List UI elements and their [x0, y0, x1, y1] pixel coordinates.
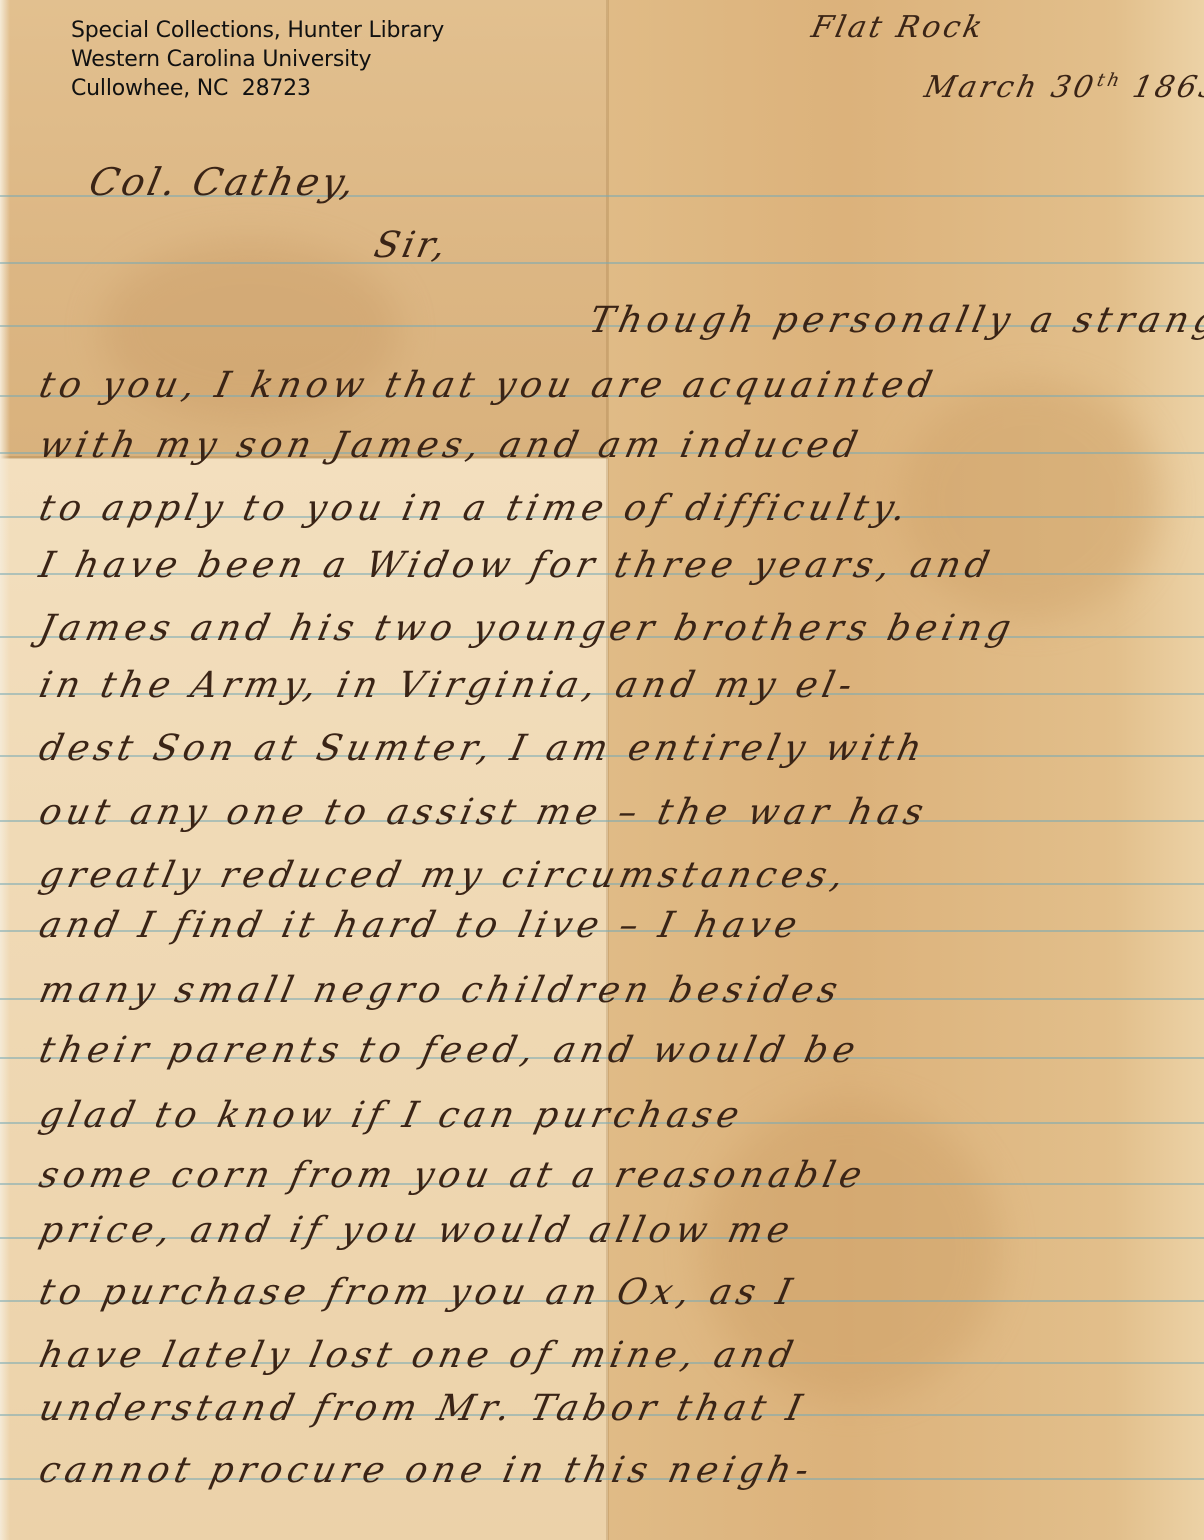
- body-line: greatly reduced my circumstances,: [36, 855, 852, 896]
- letter-date: March 30th 1863: [921, 70, 1204, 105]
- stamp-line-collection: Special Collections, Hunter Library: [71, 16, 444, 45]
- body-line: in the Army, in Virginia, and my el-: [36, 665, 861, 706]
- body-line: James and his two younger brothers being: [36, 608, 1020, 649]
- body-line: cannot procure one in this neigh-: [36, 1450, 818, 1491]
- letter-page: Special Collections, Hunter Library West…: [0, 0, 1204, 1540]
- body-line: understand from Mr. Tabor that I: [36, 1388, 811, 1429]
- body-line: price, and if you would allow me: [36, 1210, 798, 1251]
- paper-left-edge: [0, 0, 10, 1540]
- stamp-line-university: Western Carolina University: [71, 45, 444, 74]
- body-line: many small negro children besides: [36, 970, 846, 1011]
- body-line: and I find it hard to live – I have: [36, 905, 806, 946]
- body-line: their parents to feed, and would be: [36, 1030, 864, 1071]
- body-line: some corn from you at a reasonable: [36, 1155, 871, 1196]
- body-line: glad to know if I can purchase: [36, 1095, 748, 1136]
- date-year: 1863: [1129, 70, 1204, 105]
- body-line: to apply to you in a time of difficulty.: [36, 488, 915, 529]
- archive-stamp: Special Collections, Hunter Library West…: [71, 16, 444, 103]
- body-line: I have been a Widow for three years, and: [36, 545, 998, 586]
- letter-place: Flat Rock: [808, 10, 988, 45]
- body-line: dest Son at Sumter, I am entirely with: [36, 728, 931, 769]
- ruled-line: [0, 262, 1204, 264]
- body-line: to purchase from you an Ox, as I: [36, 1272, 801, 1313]
- stamp-line-address: Cullowhee, NC 28723: [71, 74, 444, 103]
- salutation-recipient: Col. Cathey,: [85, 160, 361, 204]
- body-line: to you, I know that you are acquainted: [36, 365, 941, 406]
- body-line: with my son James, and am induced: [36, 425, 866, 466]
- date-month-day: March 30: [921, 70, 1099, 105]
- body-line: Though personally a stranger: [586, 300, 1204, 341]
- body-line: have lately lost one of mine, and: [36, 1335, 802, 1376]
- body-line: out any one to assist me – the war has: [36, 792, 932, 833]
- salutation-greeting: Sir,: [371, 225, 453, 266]
- date-suffix: th: [1095, 70, 1124, 91]
